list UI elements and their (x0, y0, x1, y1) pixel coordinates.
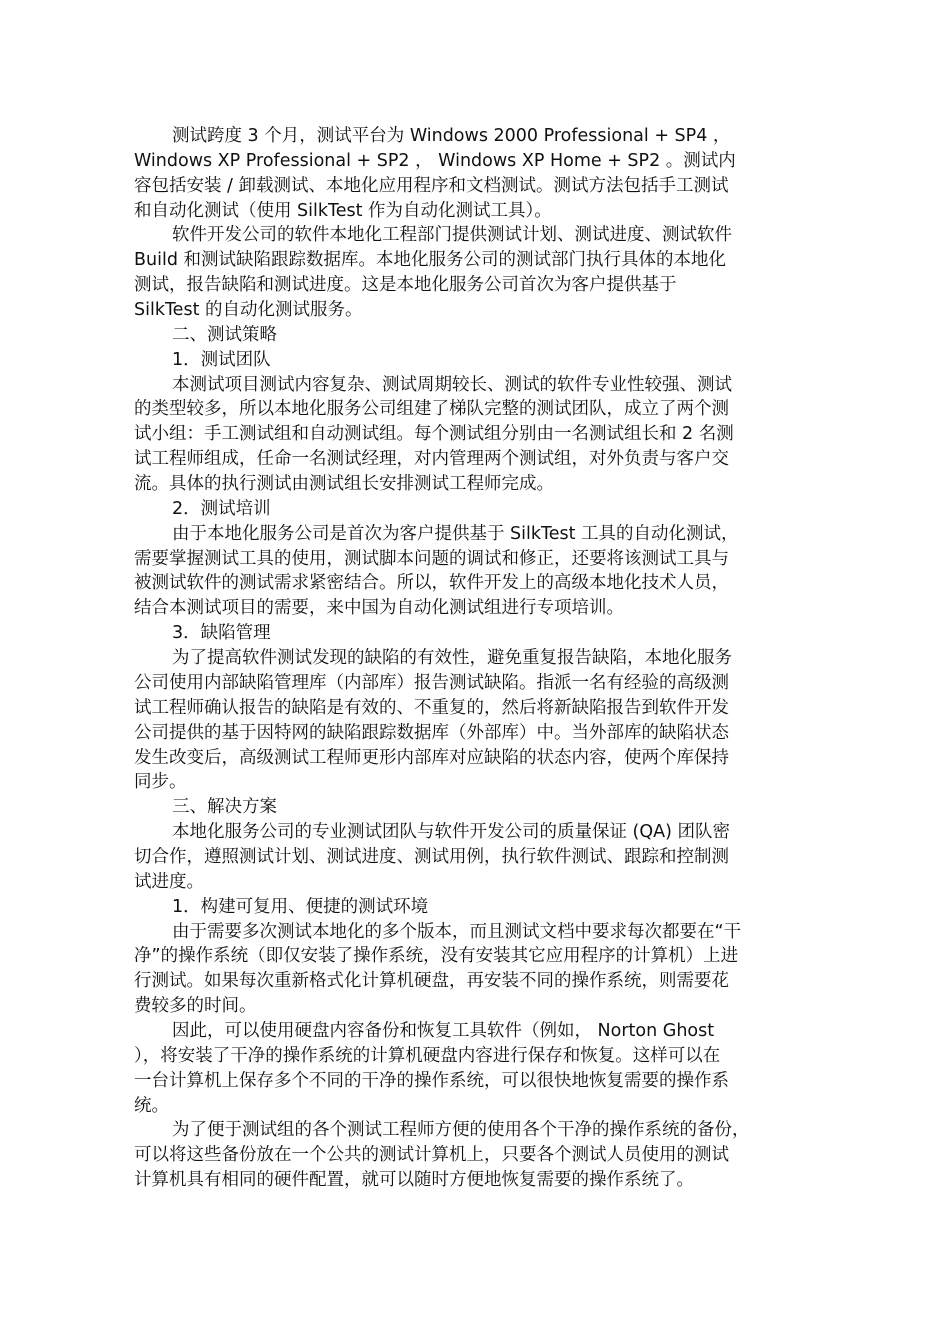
paragraph-line: 的类型较多，所以本地化服务公司组建了梯队完整的测试团队，成立了两个测 (134, 397, 800, 422)
paragraph-line: 切合作，遵照测试计划、测试进度、测试用例，执行软件测试、跟踪和控制测 (134, 845, 800, 870)
paragraph-first-line: 3．缺陷管理 (172, 621, 838, 646)
paragraph-line: 试工程师确认报告的缺陷是有效的、不重复的，然后将新缺陷报告到软件开发 (134, 696, 800, 721)
paragraph-line: 测试，报告缺陷和测试进度。这是本地化服务公司首次为客户提供基于 (134, 273, 800, 298)
paragraph-first-line: 本地化服务公司的专业测试团队与软件开发公司的质量保证 (QA) 团队密 (172, 820, 838, 845)
paragraph-first-line: 本测试项目测试内容复杂、测试周期较长、测试的软件专业性较强、测试 (172, 373, 838, 398)
paragraph-line: 试小组：手工测试组和自动测试组。每个测试组分别由一名测试组长和 2 名测 (134, 422, 800, 447)
paragraph-first-line: 2．测试培训 (172, 497, 838, 522)
paragraph-line: 需要掌握测试工具的使用，测试脚本问题的调试和修正，还要将该测试工具与 (134, 547, 800, 572)
paragraph-line: 试工程师组成，任命一名测试经理，对内管理两个测试组，对外负责与客户交 (134, 447, 800, 472)
paragraph-first-line: 软件开发公司的软件本地化工程部门提供测试计划、测试进度、测试软件 (172, 223, 838, 248)
paragraph-line: 同步。 (134, 770, 800, 795)
paragraph-line: 流。具体的执行测试由测试组长安排测试工程师完成。 (134, 472, 800, 497)
paragraph-line: 试进度。 (134, 870, 800, 895)
paragraph-first-line: 由于需要多次测试本地化的多个版本，而且测试文档中要求每次都要在“干 (172, 920, 838, 945)
document-page: 测试跨度 3 个月，测试平台为 Windows 2000 Professiona… (0, 0, 950, 1341)
paragraph-line: 可以将这些备份放在一个公共的测试计算机上，只要各个测试人员使用的测试 (134, 1143, 800, 1168)
paragraph-first-line: 为了便于测试组的各个测试工程师方便的使用各个干净的操作系统的备份， (172, 1118, 838, 1143)
paragraph-first-line: 二、测试策略 (172, 323, 838, 348)
paragraph-line: 容包括安装 / 卸载测试、本地化应用程序和文档测试。测试方法包括手工测试 (134, 174, 800, 199)
paragraph-line: 一台计算机上保存多个不同的干净的操作系统，可以很快地恢复需要的操作系 (134, 1069, 800, 1094)
paragraph-line: 发生改变后，高级测试工程师更形内部库对应缺陷的状态内容，使两个库保持 (134, 746, 800, 771)
paragraph-line: Build 和测试缺陷跟踪数据库。本地化服务公司的测试部门执行具体的本地化 (134, 248, 800, 273)
paragraph-line: 公司提供的基于因特网的缺陷跟踪数据库（外部库）中。当外部库的缺陷状态 (134, 721, 800, 746)
paragraph-line: Windows XP Professional + SP2 ， Windows … (134, 149, 800, 174)
paragraph-first-line: 测试跨度 3 个月，测试平台为 Windows 2000 Professiona… (172, 124, 838, 149)
paragraph-first-line: 1．测试团队 (172, 348, 838, 373)
paragraph-line: SilkTest 的自动化测试服务。 (134, 298, 800, 323)
paragraph-line: 净”的操作系统（即仅安装了操作系统，没有安装其它应用程序的计算机）上进 (134, 944, 800, 969)
paragraph-first-line: 为了提高软件测试发现的缺陷的有效性，避免重复报告缺陷，本地化服务 (172, 646, 838, 671)
paragraph-first-line: 因此，可以使用硬盘内容备份和恢复工具软件（例如， Norton Ghost (172, 1019, 838, 1044)
paragraph-first-line: 1．构建可复用、便捷的测试环境 (172, 895, 838, 920)
paragraph-line: 行测试。如果每次重新格式化计算机硬盘，再安装不同的操作系统，则需要花 (134, 969, 800, 994)
paragraph-line: ），将安装了干净的操作系统的计算机硬盘内容进行保存和恢复。这样可以在 (134, 1044, 800, 1069)
paragraph-first-line: 由于本地化服务公司是首次为客户提供基于 SilkTest 工具的自动化测试， (172, 522, 838, 547)
paragraph-line: 统。 (134, 1094, 800, 1119)
paragraph-line: 结合本测试项目的需要，来中国为自动化测试组进行专项培训。 (134, 596, 800, 621)
paragraph-line: 费较多的时间。 (134, 994, 800, 1019)
paragraph-line: 公司使用内部缺陷管理库（内部库）报告测试缺陷。指派一名有经验的高级测 (134, 671, 800, 696)
paragraph-first-line: 三、解决方案 (172, 795, 838, 820)
paragraph-line: 被测试软件的测试需求紧密结合。所以，软件开发上的高级本地化技术人员， (134, 571, 800, 596)
paragraph-line: 和自动化测试（使用 SilkTest 作为自动化测试工具）。 (134, 199, 800, 224)
paragraph-line: 计算机具有相同的硬件配置，就可以随时方便地恢复需要的操作系统了。 (134, 1168, 800, 1193)
